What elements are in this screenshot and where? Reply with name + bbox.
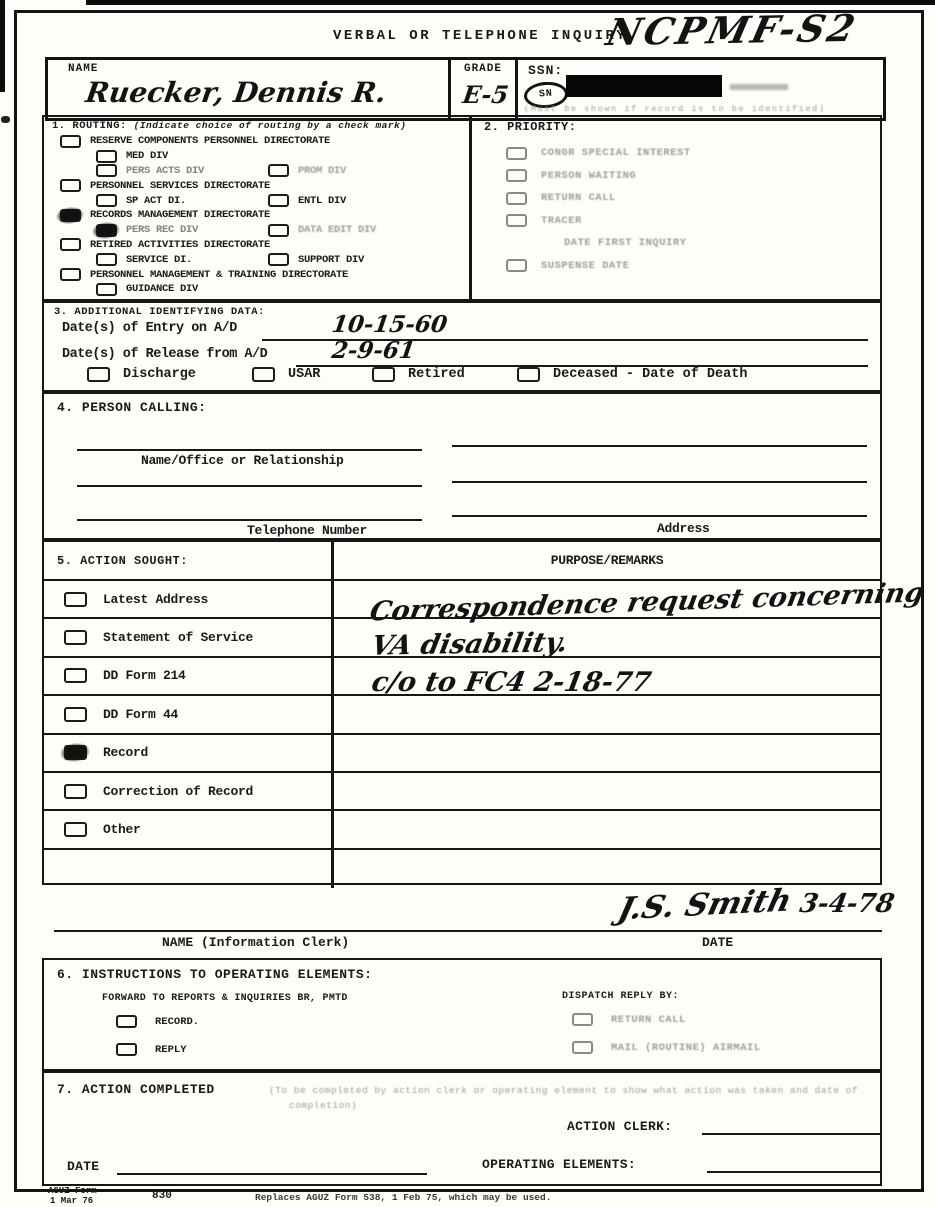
routing-option-label: PERS REC DIV [126, 224, 198, 236]
action-cell: Correction of Record [44, 773, 334, 809]
routing-option-label: SP ACT DI. [126, 195, 186, 207]
routing-row: SP ACT DI.ENTL DIV [44, 193, 467, 208]
action-row: Correction of Record [44, 773, 880, 811]
action-sought-heading-cell: 5. ACTION SOUGHT: [44, 542, 334, 579]
checkbox-icon [60, 179, 81, 192]
routing-rows: RESERVE COMPONENTS PERSONNEL DIRECTORATE… [44, 134, 467, 297]
name-cell: NAME Ruecker, Dennis R. [48, 60, 451, 118]
instructions-heading: 6. INSTRUCTIONS TO OPERATING ELEMENTS: [57, 967, 372, 982]
action-row: DD Form 214 [44, 658, 880, 696]
status-option: Discharge [87, 367, 196, 382]
remarks-cell [334, 581, 880, 617]
person-calling-section: 4. PERSON CALLING: Name/Office or Relati… [42, 392, 882, 540]
checkbox-icon [506, 169, 527, 182]
action-cell: Other [44, 811, 334, 847]
checkbox-icon [64, 630, 87, 645]
routing-row: SERVICE DI.SUPPORT DIV [44, 252, 467, 267]
routing-row: PERSONNEL MANAGEMENT & TRAINING DIRECTOR… [44, 267, 467, 282]
action-sought-section: 5. ACTION SOUGHT: PURPOSE/REMARKS Latest… [42, 540, 882, 885]
address-label: Address [657, 521, 710, 536]
footer-form-date: 1 Mar 76 [50, 1196, 93, 1206]
priority-option-label: DATE FIRST INQUIRY [564, 237, 686, 249]
remarks-cell [334, 619, 880, 655]
address-line-2 [452, 481, 867, 483]
purpose-remarks-heading-cell: PURPOSE/REMARKS [334, 542, 880, 579]
remarks-cell [334, 658, 880, 694]
action-completed-section: 7. ACTION COMPLETED (To be completed by … [42, 1071, 882, 1186]
priority-items: CONGR SPECIAL INTERESTPERSON WAITINGRETU… [506, 147, 691, 282]
remarks-cell [334, 773, 880, 809]
grade-label: GRADE [451, 63, 515, 75]
checkbox-icon [506, 147, 527, 160]
clerk-date-label: DATE [702, 935, 733, 950]
dispatch-options: RETURN CALLMAIL (ROUTINE) AIRMAIL [572, 1013, 761, 1069]
checkbox-icon [517, 367, 540, 382]
entry-date-label: Date(s) of Entry on A/D [62, 321, 237, 336]
checkbox-icon [96, 150, 117, 163]
checkbox-icon [96, 253, 117, 266]
remarks-cell [334, 696, 880, 732]
scan-artifact-left [0, 0, 5, 92]
instruction-option: MAIL (ROUTINE) AIRMAIL [572, 1041, 761, 1054]
priority-option-label: CONGR SPECIAL INTEREST [541, 147, 691, 159]
address-line-3 [452, 515, 867, 517]
footer-form-name: AGUZ Form [48, 1186, 97, 1196]
instruction-option: REPLY [116, 1043, 199, 1056]
operating-elements-line [707, 1171, 882, 1173]
routing-option: ENTL DIV [268, 194, 346, 207]
routing-option: RETIRED ACTIVITIES DIRECTORATE [60, 238, 270, 251]
clerk-signature-area: J.S. Smith 3-4-78 NAME (Information Cler… [42, 885, 882, 958]
checkbox-icon [64, 592, 87, 607]
routing-option: SUPPORT DIV [268, 253, 364, 266]
routing-option-label: RESERVE COMPONENTS PERSONNEL DIRECTORATE [90, 135, 330, 147]
priority-option: CONGR SPECIAL INTEREST [506, 147, 691, 159]
checkbox-icon [506, 192, 527, 205]
scan-artifact-top [86, 0, 935, 5]
routing-row: PERS ACTS DIVPROM DIV [44, 164, 467, 179]
action-cell: Latest Address [44, 581, 334, 617]
priority-option: PERSON WAITING [506, 170, 691, 182]
footer-note: Replaces AGUZ Form 538, 1 Feb 75, which … [255, 1192, 551, 1203]
action-label: Other [103, 822, 141, 837]
handwritten-code: NCPMF-S2 [602, 6, 862, 54]
checkbox-icon [372, 367, 395, 382]
status-option: USAR [252, 367, 320, 382]
routing-option: RESERVE COMPONENTS PERSONNEL DIRECTORATE [60, 135, 330, 148]
checkbox-icon [96, 224, 117, 237]
checkbox-icon [60, 238, 81, 251]
routing-option-label: SERVICE DI. [126, 254, 192, 266]
routing-option: MED DIV [96, 150, 268, 163]
priority-box: 2. PRIORITY: CONGR SPECIAL INTERESTPERSO… [472, 117, 880, 299]
person-calling-heading: 4. PERSON CALLING: [57, 400, 206, 415]
priority-option: SUSPENSE DATE [506, 260, 691, 272]
instruction-option: RETURN CALL [572, 1013, 761, 1026]
routing-option: RECORDS MANAGEMENT DIRECTORATE [60, 209, 270, 222]
instruction-option: RECORD. [116, 1015, 199, 1028]
checkbox-icon [268, 224, 289, 237]
action-row: DD Form 44 [44, 696, 880, 734]
note-line-2: completion) [269, 1098, 869, 1113]
routing-option: SP ACT DI. [96, 194, 268, 207]
routing-option: GUIDANCE DIV [96, 283, 268, 296]
status-option-label: Discharge [123, 367, 196, 382]
remarks-cell [334, 811, 880, 847]
routing-row: RECORDS MANAGEMENT DIRECTORATE [44, 208, 467, 223]
name-label: NAME [68, 63, 98, 75]
checkbox-icon [506, 259, 527, 272]
routing-option-label: PERS ACTS DIV [126, 165, 204, 177]
release-date-label: Date(s) of Release from A/D [62, 347, 267, 362]
instruction-option-label: RETURN CALL [611, 1014, 686, 1026]
priority-option-label: TRACER [541, 215, 582, 227]
purpose-remarks-heading: PURPOSE/REMARKS [551, 553, 664, 568]
ssn-note: (Must be shown if record is to be identi… [524, 104, 826, 114]
action-cell: DD Form 44 [44, 696, 334, 732]
clerk-date-handwritten: 3-4-78 [797, 889, 896, 919]
action-row: Other [44, 811, 880, 849]
action-completed-note: (To be completed by action clerk or oper… [269, 1083, 869, 1113]
routing-option: PROM DIV [268, 164, 346, 177]
routing-option-label: DATA EDIT DIV [298, 224, 376, 236]
checkbox-icon [116, 1015, 137, 1028]
checkbox-icon [64, 745, 87, 760]
action-row: Latest Address [44, 581, 880, 619]
action-cell: DD Form 214 [44, 658, 334, 694]
checkbox-icon [268, 194, 289, 207]
action-row: Statement of Service [44, 619, 880, 657]
left-line-2 [77, 485, 422, 487]
action-label: Statement of Service [103, 630, 253, 645]
checkbox-icon [268, 164, 289, 177]
action-sought-header-row: 5. ACTION SOUGHT: PURPOSE/REMARKS [44, 542, 880, 581]
name-office-line [77, 449, 422, 451]
instructions-section: 6. INSTRUCTIONS TO OPERATING ELEMENTS: F… [42, 958, 882, 1071]
priority-option-label: PERSON WAITING [541, 170, 636, 182]
scan-artifact-dot [1, 116, 10, 123]
forward-options: RECORD.REPLY [116, 1015, 199, 1071]
routing-heading-text: 1. ROUTING: [52, 120, 127, 132]
instruction-option-label: REPLY [155, 1044, 187, 1056]
checkbox-icon [506, 214, 527, 227]
routing-row: PERSONNEL SERVICES DIRECTORATE [44, 178, 467, 193]
clerk-signature-line [54, 930, 882, 932]
action-clerk-label: ACTION CLERK: [567, 1119, 672, 1134]
name-office-label: Name/Office or Relationship [141, 453, 344, 468]
remarks-cell [334, 850, 880, 888]
clerk-name-label: NAME (Information Clerk) [162, 935, 349, 950]
action-label: DD Form 214 [103, 668, 186, 683]
routing-option: PERS REC DIV [96, 224, 268, 237]
routing-option-label: GUIDANCE DIV [126, 283, 198, 295]
checkbox-icon [60, 209, 81, 222]
checkbox-icon [60, 135, 81, 148]
checkbox-icon [64, 668, 87, 683]
action-label: Record [103, 745, 148, 760]
additional-data-heading: 3. ADDITIONAL IDENTIFYING DATA: [54, 306, 265, 318]
action-completed-heading: 7. ACTION COMPLETED [57, 1082, 215, 1097]
identification-box: NAME Ruecker, Dennis R. GRADE E-5 SSN: S… [45, 57, 886, 121]
status-option-label: Deceased - Date of Death [553, 367, 747, 382]
checkbox-icon [64, 822, 87, 837]
date-label: DATE [67, 1159, 99, 1174]
routing-row: PERS REC DIVDATA EDIT DIV [44, 223, 467, 238]
routing-row: RETIRED ACTIVITIES DIRECTORATE [44, 238, 467, 253]
checkbox-icon [96, 164, 117, 177]
action-row [44, 850, 880, 888]
checkbox-icon [96, 194, 117, 207]
checkbox-icon [64, 784, 87, 799]
routing-heading: 1. ROUTING: (Indicate choice of routing … [52, 120, 406, 132]
clerk-signature-handwritten: J.S. Smith [615, 883, 795, 928]
routing-option-label: ENTL DIV [298, 195, 346, 207]
checkbox-icon [572, 1013, 593, 1026]
routing-priority-section: 1. ROUTING: (Indicate choice of routing … [42, 115, 882, 301]
priority-heading: 2. PRIORITY: [484, 120, 576, 134]
release-date-value-handwritten: 2-9-61 [330, 337, 417, 364]
routing-box: 1. ROUTING: (Indicate choice of routing … [44, 117, 472, 299]
routing-option: PERSONNEL SERVICES DIRECTORATE [60, 179, 270, 192]
routing-option-label: SUPPORT DIV [298, 254, 364, 266]
status-options: DischargeUSARRetiredDeceased - Date of D… [44, 367, 880, 387]
status-option: Retired [372, 367, 465, 382]
address-line-1 [452, 445, 867, 447]
routing-option-label: PROM DIV [298, 165, 346, 177]
checkbox-icon [116, 1043, 137, 1056]
operating-elements-label: OPERATING ELEMENTS: [482, 1157, 636, 1172]
checkbox-icon [268, 253, 289, 266]
remarks-cell [334, 735, 880, 771]
priority-option: DATE FIRST INQUIRY [506, 237, 691, 249]
additional-data-section: 3. ADDITIONAL IDENTIFYING DATA: Date(s) … [42, 301, 882, 392]
instruction-option-label: RECORD. [155, 1016, 199, 1028]
instruction-option-label: MAIL (ROUTINE) AIRMAIL [611, 1042, 761, 1054]
priority-option-label: RETURN CALL [541, 192, 616, 204]
form-title: VERBAL OR TELEPHONE INQUIRY [333, 28, 627, 44]
routing-option: SERVICE DI. [96, 253, 268, 266]
date-line [117, 1173, 427, 1175]
checkbox-icon [96, 283, 117, 296]
checkbox-icon [64, 707, 87, 722]
ssn-cell: SSN: SN (Must be shown if record is to b… [518, 60, 883, 118]
footer-form-number: 830 [152, 1190, 172, 1202]
action-label: Correction of Record [103, 784, 253, 799]
status-option-label: USAR [288, 367, 320, 382]
entry-date-value-handwritten: 10-15-60 [330, 311, 449, 338]
checkbox-icon [252, 367, 275, 382]
routing-option-label: MED DIV [126, 150, 168, 162]
routing-row: GUIDANCE DIV [44, 282, 467, 297]
ssn-label: SSN: [528, 63, 563, 78]
grade-cell: GRADE E-5 [451, 60, 518, 118]
action-sought-heading: 5. ACTION SOUGHT: [57, 554, 188, 568]
routing-row: RESERVE COMPONENTS PERSONNEL DIRECTORATE [44, 134, 467, 149]
priority-option-label: SUSPENSE DATE [541, 260, 629, 272]
action-clerk-line [702, 1133, 880, 1135]
action-label: Latest Address [103, 592, 208, 607]
scanned-form-page: VERBAL OR TELEPHONE INQUIRY NCPMF-S2 NAM… [0, 0, 935, 1207]
dispatch-label: DISPATCH REPLY BY: [562, 991, 679, 1002]
checkbox-icon [87, 367, 110, 382]
routing-option-label: PERSONNEL MANAGEMENT & TRAINING DIRECTOR… [90, 269, 348, 281]
checkbox-icon [60, 268, 81, 281]
routing-option: DATA EDIT DIV [268, 224, 376, 237]
routing-option: PERS ACTS DIV [96, 164, 268, 177]
routing-option: PERSONNEL MANAGEMENT & TRAINING DIRECTOR… [60, 268, 348, 281]
telephone-label: Telephone Number [247, 523, 367, 538]
action-cell [44, 850, 334, 888]
routing-row: MED DIV [44, 149, 467, 164]
forward-label: FORWARD TO REPORTS & INQUIRIES BR, PMTD [102, 993, 348, 1004]
checkbox-icon [572, 1041, 593, 1054]
status-option: Deceased - Date of Death [517, 367, 747, 382]
priority-option: TRACER [506, 215, 691, 227]
priority-option: RETURN CALL [506, 192, 691, 204]
scan-smudge [730, 84, 788, 90]
note-line-1: (To be completed by action clerk or oper… [269, 1085, 858, 1096]
routing-option-label: PERSONNEL SERVICES DIRECTORATE [90, 180, 270, 192]
routing-option-label: RETIRED ACTIVITIES DIRECTORATE [90, 239, 270, 251]
action-label: DD Form 44 [103, 707, 178, 722]
telephone-line [77, 519, 422, 521]
grade-value-handwritten: E-5 [461, 80, 510, 109]
routing-heading-note: (Indicate choice of routing by a check m… [134, 120, 407, 131]
action-cell: Statement of Service [44, 619, 334, 655]
action-row: Record [44, 735, 880, 773]
status-option-label: Retired [408, 367, 465, 382]
name-value-handwritten: Ruecker, Dennis R. [84, 76, 389, 109]
action-cell: Record [44, 735, 334, 771]
ssn-redaction-bar [566, 75, 722, 97]
